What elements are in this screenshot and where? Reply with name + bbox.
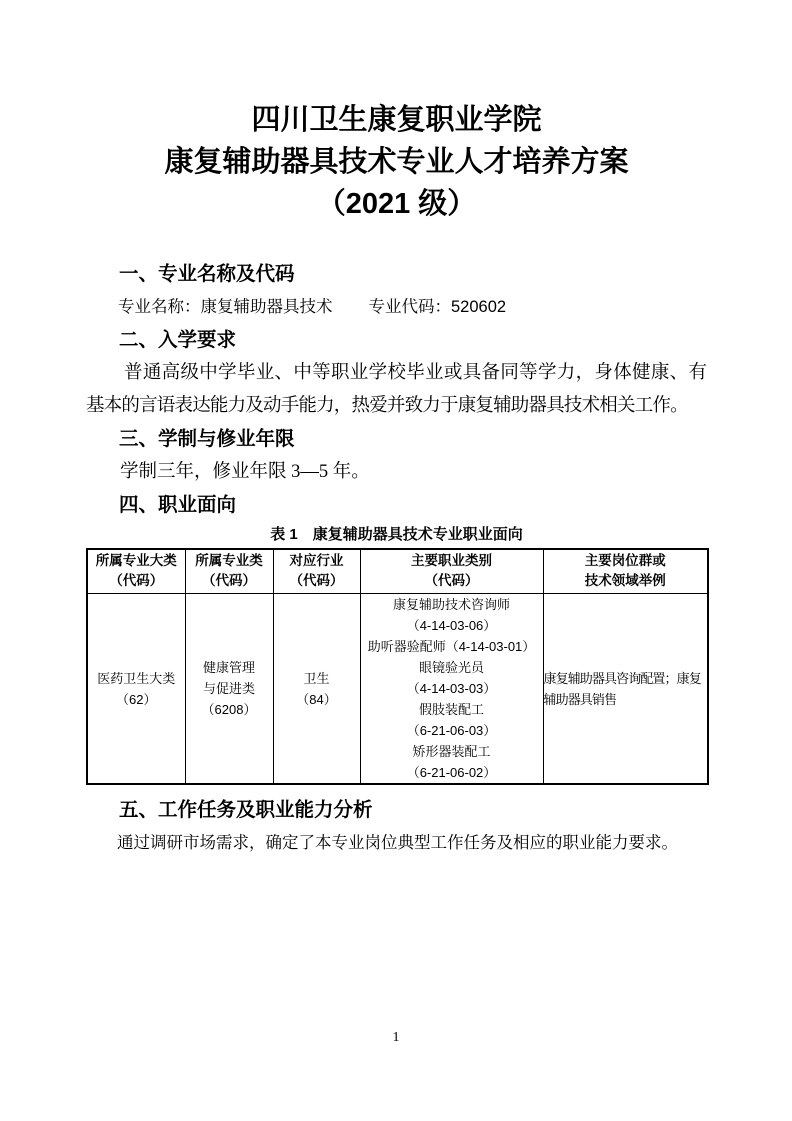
admission-paragraph-line-2: 基本的言语表达能力及动手能力，热爱并致力于康复辅助器具技术相关工作。: [86, 390, 707, 423]
section-4-heading: 四、职业面向: [86, 489, 707, 522]
admission-paragraph-line-1: 普通高级中学毕业、中等职业学校毕业或具备同等学力，身体健康、有: [86, 357, 707, 390]
header-industry-line-1: 对应行业: [274, 551, 360, 571]
header-cell-occupations: 主要职业类别 （代码）: [360, 549, 543, 594]
positions-text: 康复辅助器具咨询配置；康复辅助器具销售: [544, 668, 708, 710]
header-cell-category: 所属专业大类 （代码）: [87, 549, 185, 594]
industry-name: 卫生: [274, 668, 360, 689]
table-header-row: 所属专业大类 （代码） 所属专业类 （代码） 对应行业 （代码） 主要职业类别 …: [87, 549, 708, 594]
occupation-line: （6-21-06-03）: [361, 720, 543, 741]
document-title: 四川卫生康复职业学院 康复辅助器具技术专业人才培养方案 （2021 级）: [86, 99, 707, 225]
doc-title-line-2: 康复辅助器具技术专业人才培养方案: [86, 141, 707, 183]
page-number: 1: [0, 1030, 792, 1046]
class-code: （6208）: [186, 699, 273, 720]
major-name-value: 康复辅助器具技术: [201, 298, 333, 316]
header-positions-line-2: 技术领域举例: [544, 571, 708, 591]
category-name: 医药卫生大类: [88, 668, 185, 689]
document-page: 四川卫生康复职业学院 康复辅助器具技术专业人才培养方案 （2021 级） 一、专…: [0, 0, 792, 1121]
occupation-line: 康复辅助技术咨询师: [361, 594, 543, 615]
section-5-heading: 五、工作任务及职业能力分析: [86, 794, 707, 827]
table-caption: 表 1 康复辅助器具技术专业职业面向: [86, 522, 707, 548]
category-code: （62）: [88, 689, 185, 710]
header-positions-line-1: 主要岗位群或: [544, 551, 708, 571]
cell-occupations: 康复辅助技术咨询师 （4-14-03-06） 助听器验配师（4-14-03-01…: [360, 594, 543, 785]
table-row: 医药卫生大类 （62） 健康管理 与促进类 （6208） 卫生 （84） 康复辅…: [87, 594, 708, 785]
cell-positions: 康复辅助器具咨询配置；康复辅助器具销售: [543, 594, 708, 785]
cell-category: 医药卫生大类 （62）: [87, 594, 185, 785]
header-industry-line-2: （代码）: [274, 571, 360, 591]
occupation-line: 假肢装配工: [361, 699, 543, 720]
section-2-heading: 二、入学要求: [86, 324, 707, 357]
class-name-line-2: 与促进类: [186, 678, 273, 699]
header-occupations-line-1: 主要职业类别: [361, 551, 543, 571]
major-name-code-line: 专业名称：康复辅助器具技术专业代码：520602: [86, 291, 707, 324]
header-class-line-2: （代码）: [186, 571, 273, 591]
doc-title-line-1: 四川卫生康复职业学院: [86, 99, 707, 141]
major-code-value: 520602: [451, 298, 506, 316]
header-cell-class: 所属专业类 （代码）: [185, 549, 273, 594]
major-code-label: 专业代码：: [369, 298, 452, 316]
industry-code: （84）: [274, 689, 360, 710]
header-class-line-1: 所属专业类: [186, 551, 273, 571]
header-occupations-line-2: （代码）: [361, 571, 543, 591]
doc-title-line-3: （2021 级）: [86, 183, 707, 225]
admission-paragraph: 普通高级中学毕业、中等职业学校毕业或具备同等学力，身体健康、有 基本的言语表达能…: [86, 357, 707, 423]
header-category-line-1: 所属专业大类: [88, 551, 185, 571]
occupation-line: （4-14-03-03）: [361, 678, 543, 699]
cell-class: 健康管理 与促进类 （6208）: [185, 594, 273, 785]
occupation-line: （4-14-03-06）: [361, 615, 543, 636]
career-orientation-table: 所属专业大类 （代码） 所属专业类 （代码） 对应行业 （代码） 主要职业类别 …: [86, 548, 709, 785]
section-3-heading: 三、学制与修业年限: [86, 423, 707, 456]
schooling-duration-line: 学制三年，修业年限 3—5 年。: [86, 456, 707, 489]
cell-industry: 卫生 （84）: [273, 594, 360, 785]
major-name-label: 专业名称：: [118, 298, 201, 316]
class-name-line-1: 健康管理: [186, 657, 273, 678]
occupation-line: 眼镜验光员: [361, 657, 543, 678]
occupation-line: （6-21-06-02）: [361, 762, 543, 783]
occupation-line: 矫形器装配工: [361, 741, 543, 762]
section-1-heading: 一、专业名称及代码: [86, 258, 707, 291]
occupation-line: 助听器验配师（4-14-03-01）: [361, 636, 543, 657]
header-cell-positions: 主要岗位群或 技术领域举例: [543, 549, 708, 594]
header-cell-industry: 对应行业 （代码）: [273, 549, 360, 594]
task-analysis-paragraph: 通过调研市场需求，确定了本专业岗位典型工作任务及相应的职业能力要求。: [86, 827, 707, 860]
header-category-line-2: （代码）: [88, 571, 185, 591]
